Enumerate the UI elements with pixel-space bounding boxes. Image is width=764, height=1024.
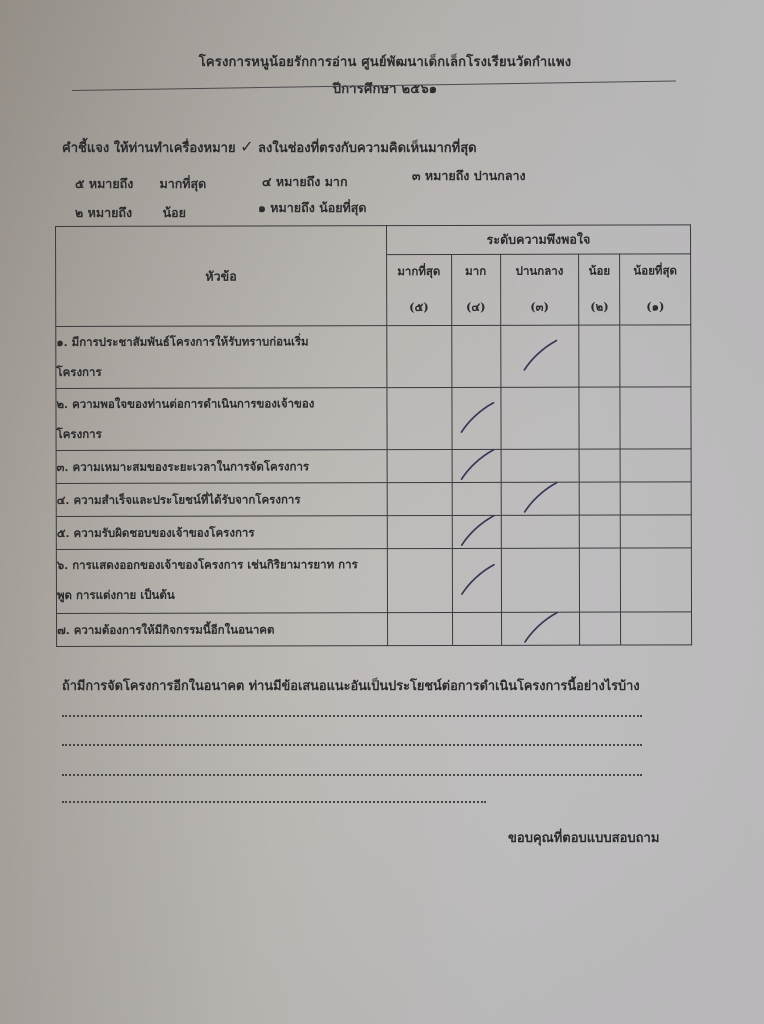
table-row: ๒. ความพอใจของท่านต่อการดำเนินการของเจ้า… bbox=[56, 387, 691, 451]
table-row: ๕. ความรับผิดชอบของเจ้าของโครงการ bbox=[56, 515, 691, 550]
table-row: ๗. ความต้องการให้มีกิจกรรมนี้อีกในอนาคต bbox=[57, 612, 692, 647]
legend-item-1: ๑ หมายถึง น้อยที่สุด bbox=[258, 198, 367, 218]
item-text: ๒. ความพอใจของท่านต่อการดำเนินการของเจ้า… bbox=[56, 388, 387, 451]
answer-line-2[interactable] bbox=[62, 734, 642, 746]
rating-cell-2[interactable] bbox=[579, 482, 620, 515]
answer-line-3[interactable] bbox=[62, 764, 642, 776]
item-text: ๔. ความสำเร็จและประโยชน์ที่ได้รับจากโครง… bbox=[56, 483, 387, 517]
rating-cell-3[interactable] bbox=[501, 449, 580, 482]
rating-cell-1[interactable] bbox=[620, 482, 691, 515]
rating-cell-3[interactable] bbox=[500, 387, 579, 449]
rating-cell-5[interactable] bbox=[387, 387, 452, 449]
checkmark-icon: ✓ bbox=[240, 137, 253, 156]
rating-cell-5[interactable] bbox=[387, 612, 452, 645]
instructions: คำชี้แจง ให้ท่านทำเครื่องหมาย ✓ ลงในช่อง… bbox=[62, 137, 477, 158]
answer-line-4[interactable] bbox=[62, 791, 486, 803]
rating-cell-4[interactable] bbox=[452, 548, 501, 612]
rating-cell-2[interactable] bbox=[579, 449, 620, 482]
table-row: ๓. ความเหมาะสมของระยะเวลาในการจัดโครงการ bbox=[56, 449, 691, 484]
item-text: ๓. ความเหมาะสมของระยะเวลาในการจัดโครงการ bbox=[56, 450, 387, 484]
level-header-3: ปานกลาง(๓) bbox=[500, 254, 579, 325]
answer-line-1[interactable] bbox=[62, 705, 642, 717]
rating-cell-1[interactable] bbox=[620, 449, 691, 482]
legend-item-5: ๕ หมายถึง มากที่สุด bbox=[75, 174, 206, 194]
item-text: ๑. มีการประชาสัมพันธ์โครงการให้รับทราบก่… bbox=[56, 326, 387, 389]
rating-cell-2[interactable] bbox=[580, 515, 621, 548]
rating-cell-1[interactable] bbox=[620, 515, 691, 548]
form-title: โครงการหนูน้อยรักการอ่าน ศูนย์พัฒนาเด็กเ… bbox=[150, 51, 620, 72]
rating-cell-2[interactable] bbox=[579, 387, 620, 449]
handwritten-check-icon bbox=[522, 338, 560, 372]
rating-cell-1[interactable] bbox=[620, 387, 691, 449]
rating-cell-1[interactable] bbox=[621, 612, 692, 645]
suggestion-question: ถ้ามีการจัดโครงการอีกในอนาคต ท่านมีข้อเส… bbox=[62, 675, 640, 696]
instructions-label: คำชี้แจง bbox=[62, 141, 109, 156]
level-header-5: มากที่สุด(๕) bbox=[386, 254, 451, 325]
item-text: ๖. การแสดงออกของเจ้าของโครงการ เช่นกิริย… bbox=[56, 549, 387, 614]
table-row: ๖. การแสดงออกของเจ้าของโครงการ เช่นกิริย… bbox=[56, 548, 691, 614]
thank-you-note: ขอบคุณที่ตอบแบบสอบถาม bbox=[508, 827, 659, 848]
rating-cell-2[interactable] bbox=[580, 548, 621, 612]
topic-header: หัวข้อ bbox=[56, 226, 387, 327]
rating-cell-4[interactable] bbox=[452, 482, 501, 515]
rating-cell-4[interactable] bbox=[452, 612, 501, 645]
rating-cell-5[interactable] bbox=[387, 515, 452, 548]
legend-item-3: ๓ หมายถึง ปานกลาง bbox=[412, 166, 526, 186]
rating-cell-3[interactable] bbox=[501, 515, 580, 548]
rating-cell-3[interactable] bbox=[500, 325, 579, 387]
handwritten-check-icon bbox=[522, 481, 560, 515]
table-row: ๑. มีการประชาสัมพันธ์โครงการให้รับทราบก่… bbox=[56, 325, 691, 389]
legend-item-2: ๒ หมายถึง น้อย bbox=[75, 203, 186, 223]
rating-cell-5[interactable] bbox=[387, 325, 452, 387]
rating-cell-2[interactable] bbox=[580, 612, 621, 645]
satisfaction-table: หัวข้อ ระดับความพึงพอใจ มากที่สุด(๕)มาก(… bbox=[55, 224, 692, 647]
rating-cell-4[interactable] bbox=[451, 325, 500, 387]
instructions-text-2: ลงในช่องที่ตรงกับความคิดเห็นมากที่สุด bbox=[258, 141, 477, 156]
item-text: ๕. ความรับผิดชอบของเจ้าของโครงการ bbox=[56, 516, 387, 550]
level-header-1: น้อยที่สุด(๑) bbox=[620, 254, 691, 325]
handwritten-check-icon bbox=[458, 400, 496, 434]
item-text: ๗. ความต้องการให้มีกิจกรรมนี้อีกในอนาคต bbox=[57, 613, 388, 647]
handwritten-check-icon bbox=[458, 562, 496, 596]
handwritten-check-icon bbox=[522, 611, 560, 645]
rating-cell-5[interactable] bbox=[387, 548, 452, 612]
rating-cell-4[interactable] bbox=[452, 515, 501, 548]
rating-cell-5[interactable] bbox=[387, 482, 452, 515]
rating-cell-4[interactable] bbox=[452, 449, 501, 482]
handwritten-check-icon bbox=[458, 514, 496, 548]
rating-cell-3[interactable] bbox=[501, 548, 580, 612]
instructions-text: ให้ท่านทำเครื่องหมาย bbox=[114, 141, 236, 156]
level-header-2: น้อย(๒) bbox=[579, 254, 620, 325]
rating-cell-5[interactable] bbox=[387, 449, 452, 482]
table-row: ๔. ความสำเร็จและประโยชน์ที่ได้รับจากโครง… bbox=[56, 482, 691, 517]
rating-cell-2[interactable] bbox=[579, 325, 620, 387]
legend-item-4: ๔ หมายถึง มาก bbox=[262, 172, 348, 192]
handwritten-check-icon bbox=[458, 448, 496, 482]
satisfaction-level-header: ระดับความพึงพอใจ bbox=[386, 225, 690, 255]
rating-cell-4[interactable] bbox=[452, 387, 501, 449]
rating-cell-1[interactable] bbox=[620, 325, 691, 387]
rating-cell-3[interactable] bbox=[501, 482, 580, 515]
rating-cell-3[interactable] bbox=[501, 612, 580, 645]
rating-cell-1[interactable] bbox=[621, 548, 692, 612]
level-header-4: มาก(๔) bbox=[451, 254, 500, 325]
